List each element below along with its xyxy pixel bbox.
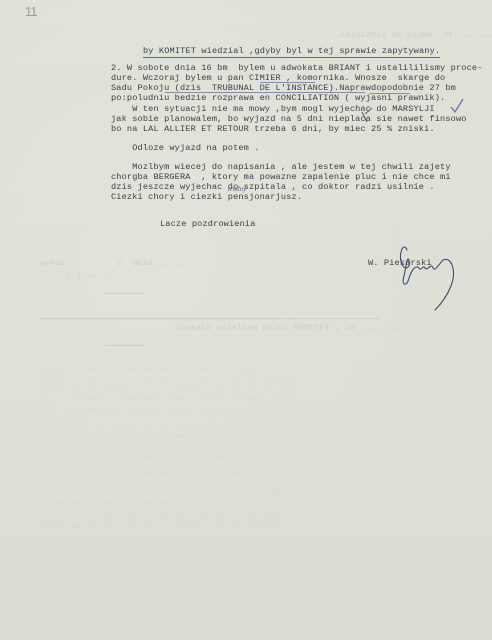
ghost-rule [40, 318, 380, 319]
heading-line: by KOMITET wiedzial ,gdyby byl w tej spr… [143, 46, 440, 58]
ghost-line: ........ ....... ..... [40, 550, 153, 560]
ghost-line: ( ) ...... [40, 270, 117, 280]
ghost-line: ...... ..... ...... ...... ..... ..... .… [40, 450, 277, 460]
ghost-rule [105, 293, 145, 294]
ghost-line: ....... ... ...... .... ...... ...... ..… [40, 382, 298, 392]
text-line: po:poludniu bedzie rozprawa en CONCILIAT… [111, 93, 445, 103]
ghost-line: ......... ..... .... .... . [40, 402, 236, 412]
text-line: jak sobie planowalem, bo wyjazd na 5 dni… [111, 114, 467, 124]
pen-underline [260, 82, 315, 83]
text-line: Mozlbym wiecej do napisania , ale jestem… [111, 162, 451, 172]
ghost-line: ...... ..... .... ....... ...... .......… [40, 372, 298, 382]
ghost-line: ........ ....... ....... ...... ....... … [40, 440, 293, 450]
ghost-line: .......... ...... ....... ......... [40, 510, 293, 520]
ghost-line: ...... ....... ...... ..... .... .. [40, 466, 303, 476]
checkmark-icon [450, 98, 464, 114]
closing: Lacze pozdrowienia [160, 219, 256, 229]
ghost-line: ........ ....... ....... .... . [40, 496, 210, 506]
signature-icon [395, 238, 465, 313]
ghost-line: ........ ...... ......... ..... ..... ..… [40, 476, 288, 486]
text-line: chorgba BERGERA , ktory ma powazne zapal… [111, 172, 451, 182]
ghost-line: .... ...... ....... ...... ...... .... .… [40, 486, 282, 496]
paragraph-3: Odloze wyjazd na potem . [111, 143, 260, 153]
text-line: Ciezki chory i ciezki pensjonarjusz. [111, 192, 302, 202]
ghost-line: . ...... ..... ....... ......... .......… [40, 592, 282, 602]
pen-mark-icon [360, 106, 376, 124]
ghost-line: wykaz z dnia ...... [40, 258, 190, 268]
text-line: dzis jeszcze wyjechac do szpitala , co d… [111, 182, 435, 192]
ghost-line: ........ ...... ........ ....... .... [40, 582, 272, 592]
ghost-line: .......... ......... ..... .. [40, 420, 293, 430]
pen-underline [370, 93, 410, 94]
ghost-line: ...... ...... ...... ..... ..... ...... … [40, 530, 288, 540]
ghost-rule [105, 345, 145, 346]
ghost-line: Zostalo ustalone przez KOMITET , ze ....… [175, 323, 433, 333]
ghost-line: ....... ...... ...... ........ ...... ..… [40, 540, 272, 550]
text-line: bo na LAL ALLIER ET RETOUR trzeba 6 dni,… [111, 124, 435, 134]
ghost-line: ........ ...... ........ ...... ..... ..… [40, 520, 282, 530]
text-line: W ten sytuacji nie ma mowy ,bym mogl wyj… [111, 104, 435, 114]
text-line: 2. W sobote dnia 16 bm bylem u adwokata … [111, 63, 483, 73]
pen-underline [165, 92, 365, 93]
page-number: 11 [25, 4, 37, 19]
ghost-line: ....... ....... ... .... ...... .... [40, 392, 298, 402]
ghost-line: ...... .... ..... ...... ..... ..... , .… [40, 362, 288, 372]
ghost-line: Zalacznik do pisma nr. ........ [340, 30, 492, 40]
handwritten-insert: trudny [228, 185, 246, 193]
ghost-line: .......... ....... ....... ...... .... .… [40, 430, 303, 440]
ghost-line: . ....... ...... ..... ....... ...... ..… [40, 572, 262, 582]
ghost-line: ...... ....... ...... ..... ....... [40, 562, 298, 572]
